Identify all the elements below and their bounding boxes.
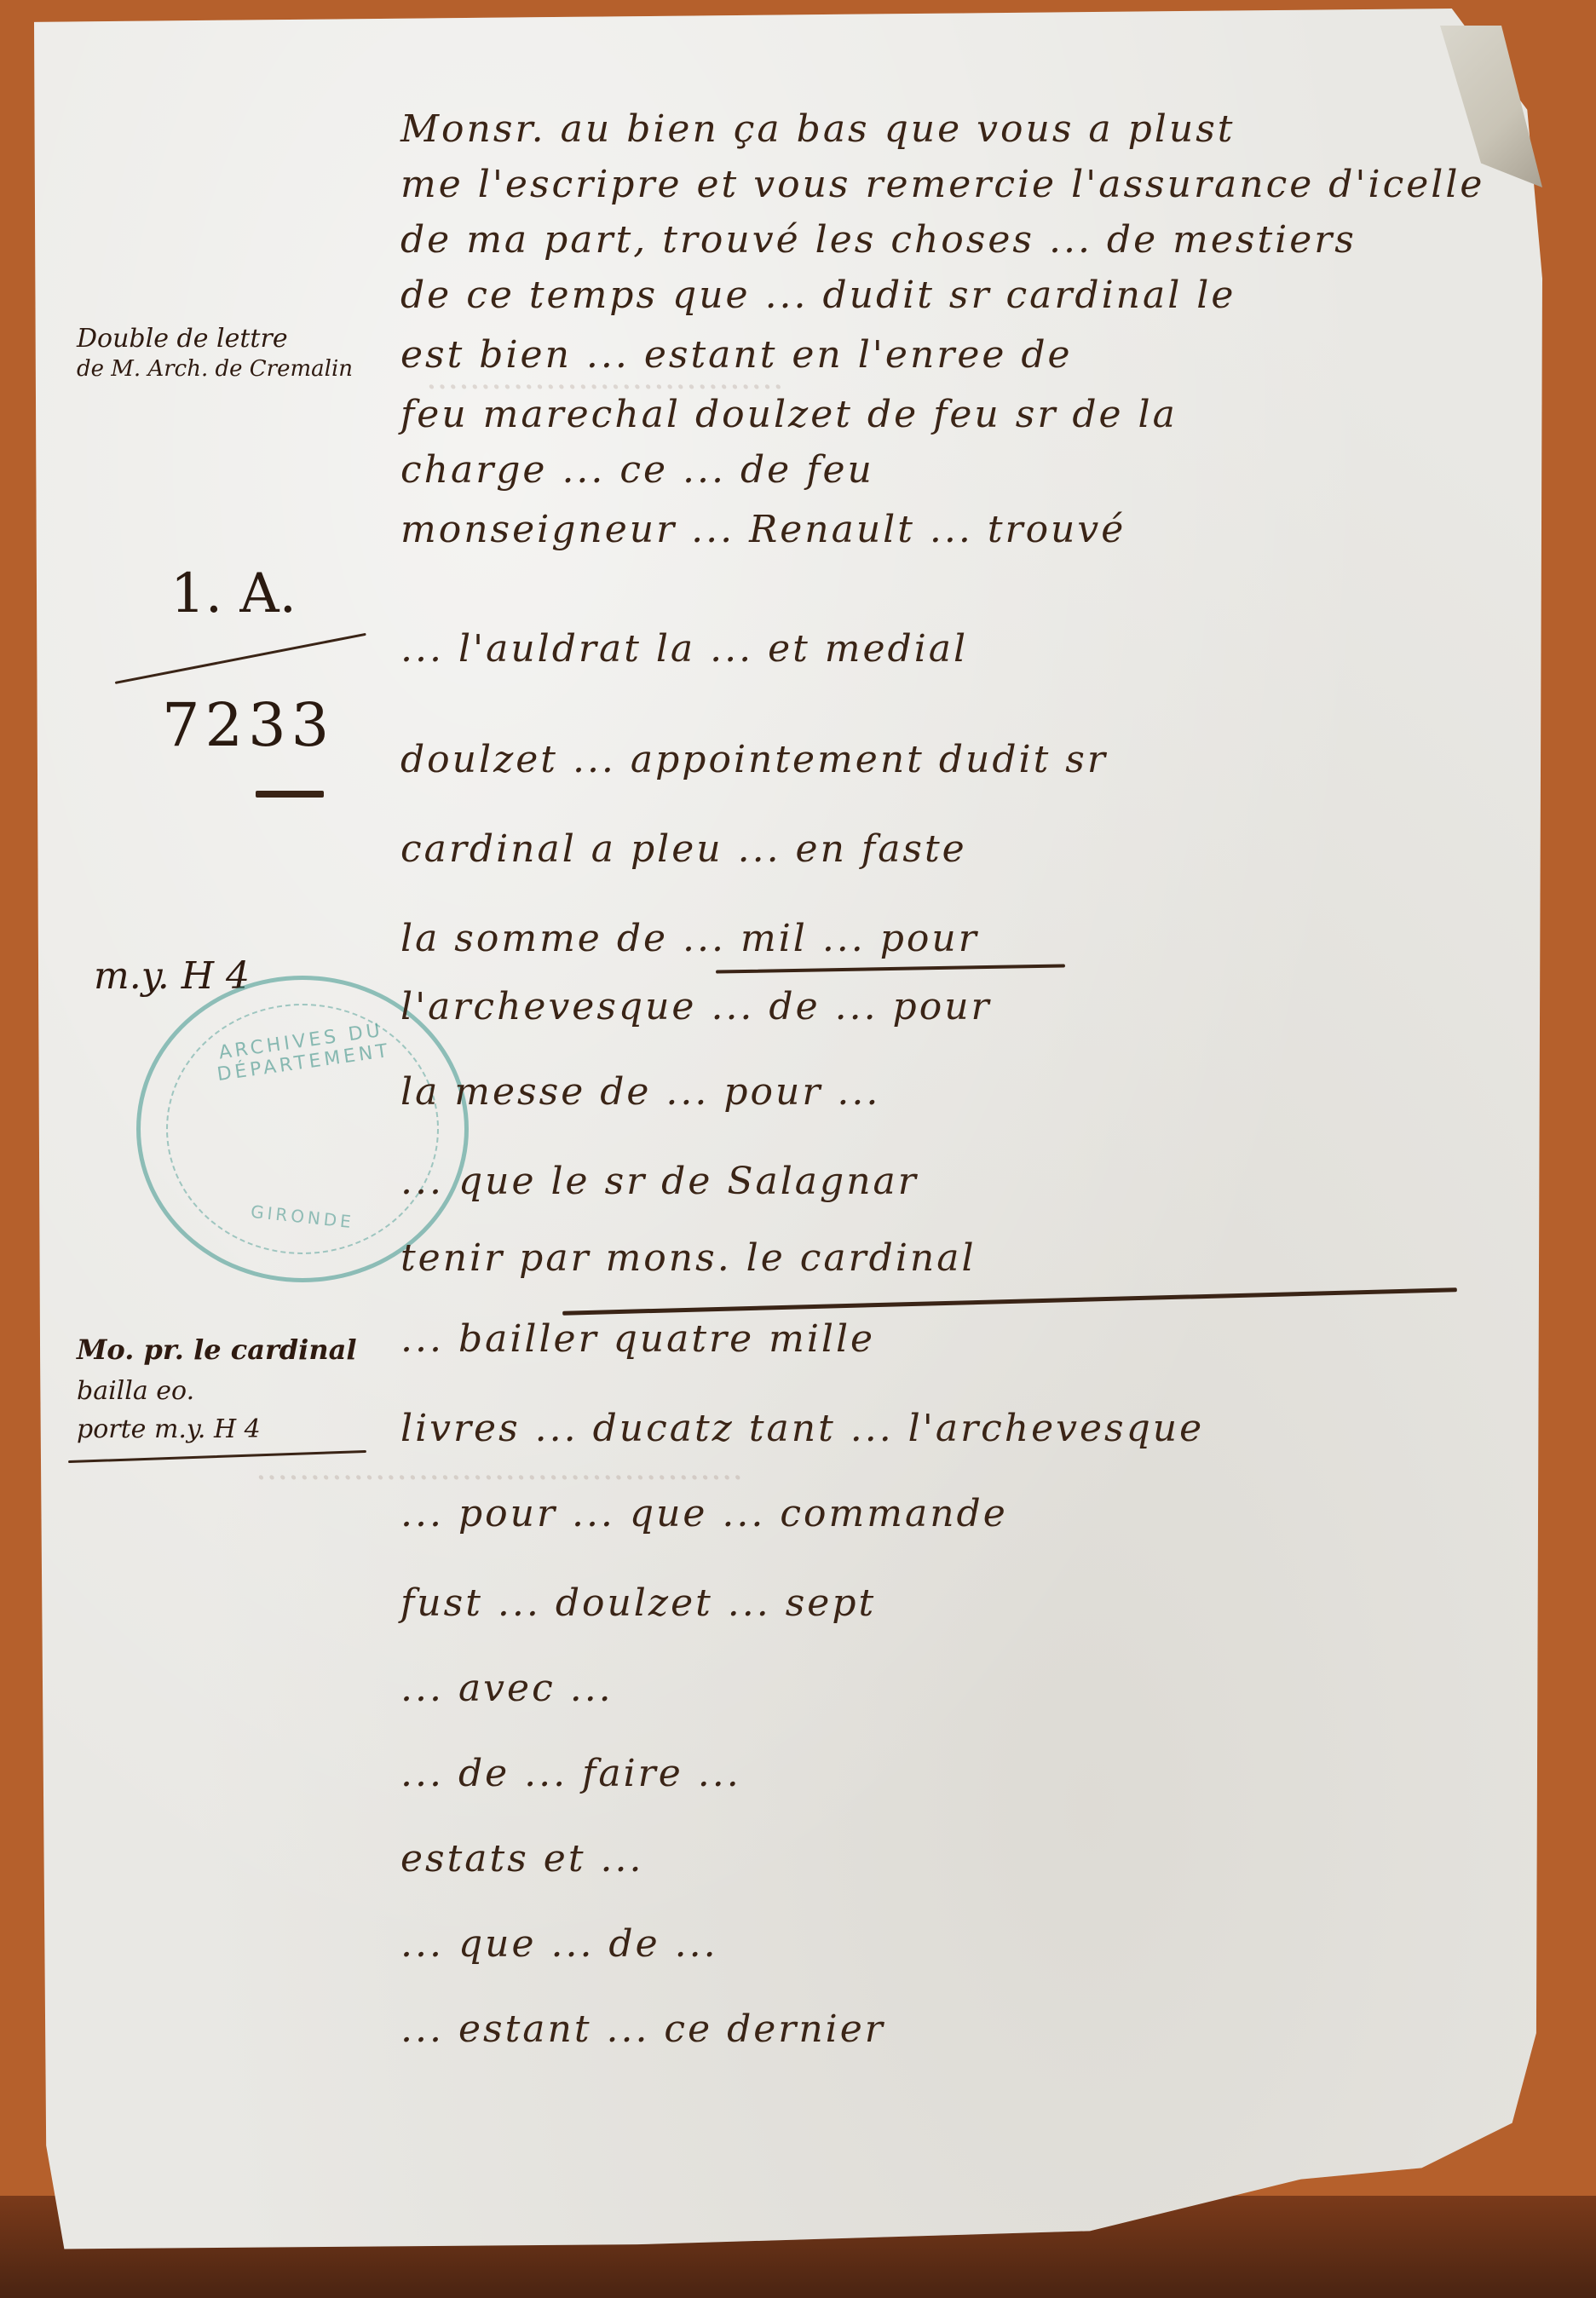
body-line: me l'escripre et vous remercie l'assuran… bbox=[400, 166, 1534, 204]
margin-note-bottom-line2: bailla eo. bbox=[77, 1376, 194, 1406]
body-line: ... que le sr de Salagnar bbox=[400, 1163, 1534, 1201]
body-line: ... estant ... ce dernier bbox=[400, 2011, 1534, 2048]
shelfmark-dash bbox=[256, 791, 324, 798]
body-line: cardinal a pleu ... en faste bbox=[400, 831, 1534, 868]
body-line: livres ... ducatz tant ... l'archevesque bbox=[400, 1410, 1534, 1448]
body-line: ... l'auldrat la ... et medial bbox=[400, 631, 1534, 668]
bleed-through-text: ........................................… bbox=[256, 1448, 743, 1488]
body-line: tenir par mons. le cardinal bbox=[400, 1240, 1534, 1277]
body-line: Monsr. au bien ça bas que vous a plust bbox=[400, 111, 1534, 148]
body-line: ... avec ... bbox=[400, 1670, 1534, 1708]
body-line: l'archevesque ... de ... pour bbox=[400, 988, 1534, 1026]
body-line: la somme de ... mil ... pour bbox=[400, 920, 1534, 958]
margin-note-top-line2: de M. Arch. de Cremalin bbox=[77, 356, 353, 382]
body-line: doulzet ... appointement dudit sr bbox=[400, 741, 1534, 779]
margin-note-top-line1: Double de lettre bbox=[77, 324, 288, 354]
body-line: monseigneur ... Renault ... trouvé bbox=[400, 511, 1534, 549]
margin-note-mid: m.y. H 4 bbox=[94, 954, 250, 998]
body-line: de ma part, trouvé les choses ... de mes… bbox=[400, 222, 1534, 259]
body-line: est bien ... estant en l'enree de bbox=[400, 337, 1534, 374]
body-line: feu marechal doulzet de feu sr de la bbox=[400, 396, 1534, 434]
shelfmark-number: 7233 bbox=[162, 690, 334, 760]
body-line: estats et ... bbox=[400, 1840, 1534, 1878]
margin-note-bottom-line3: porte m.y. H 4 bbox=[77, 1414, 261, 1444]
body-line: de ce temps que ... dudit sr cardinal le bbox=[400, 277, 1534, 314]
margin-note-bottom-line1: Mo. pr. le cardinal bbox=[77, 1333, 356, 1366]
shelfmark-top: 1. A. bbox=[170, 562, 297, 625]
body-line: charge ... ce ... de feu bbox=[400, 452, 1534, 489]
body-line: ... de ... faire ... bbox=[400, 1755, 1534, 1793]
body-line: ... bailler quatre mille bbox=[400, 1321, 1534, 1358]
body-line: ... pour ... que ... commande bbox=[400, 1495, 1534, 1533]
body-line: fust ... doulzet ... sept bbox=[400, 1585, 1534, 1622]
body-line: ... que ... de ... bbox=[400, 1926, 1534, 1963]
body-line: la messe de ... pour ... bbox=[400, 1074, 1534, 1111]
